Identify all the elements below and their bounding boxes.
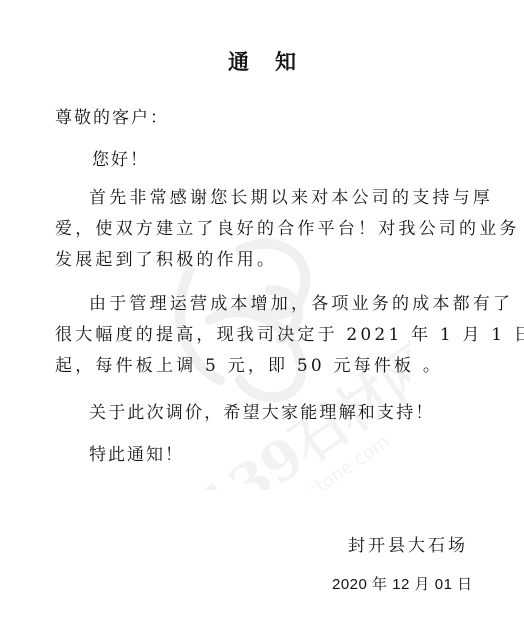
closing-remark: 特此通知！ — [89, 440, 184, 465]
adjustment-note: 关于此次调价，希望大家能理解和支持！ — [89, 398, 435, 423]
signature-date: 2020 年 12 月 01 日 — [332, 573, 473, 594]
paragraph-2-line-3: 起，每件板上调 5 元，即 50 元每件板 。 — [55, 351, 443, 376]
paragraph-1-line-2: 爱，使双方建立了良好的合作平台！对我公司的业务 — [55, 214, 520, 239]
signature-company: 封开县大石场 — [348, 531, 468, 556]
watermark-url: www.stone.com — [265, 431, 394, 490]
document-title: 通知 — [0, 46, 524, 76]
paragraph-2-line-2: 很大幅度的提高，现我司决定于 2021 年 1 月 1 日 — [55, 320, 524, 345]
paragraph-1-line-3: 发展起到了积极的作用。 — [55, 245, 277, 270]
paragraph-1-line-1: 首先非常感谢您长期以来对本公司的支持与厚 — [89, 183, 493, 208]
greeting: 您好！ — [92, 145, 149, 170]
notice-document: 139石材网 www.stone.com 通知 尊敬的客户： 您好！ 首先非常感… — [0, 0, 524, 628]
paragraph-2-line-1: 由于管理运营成本增加，各项业务的成本都有了 — [89, 289, 513, 314]
salutation: 尊敬的客户： — [55, 103, 169, 128]
